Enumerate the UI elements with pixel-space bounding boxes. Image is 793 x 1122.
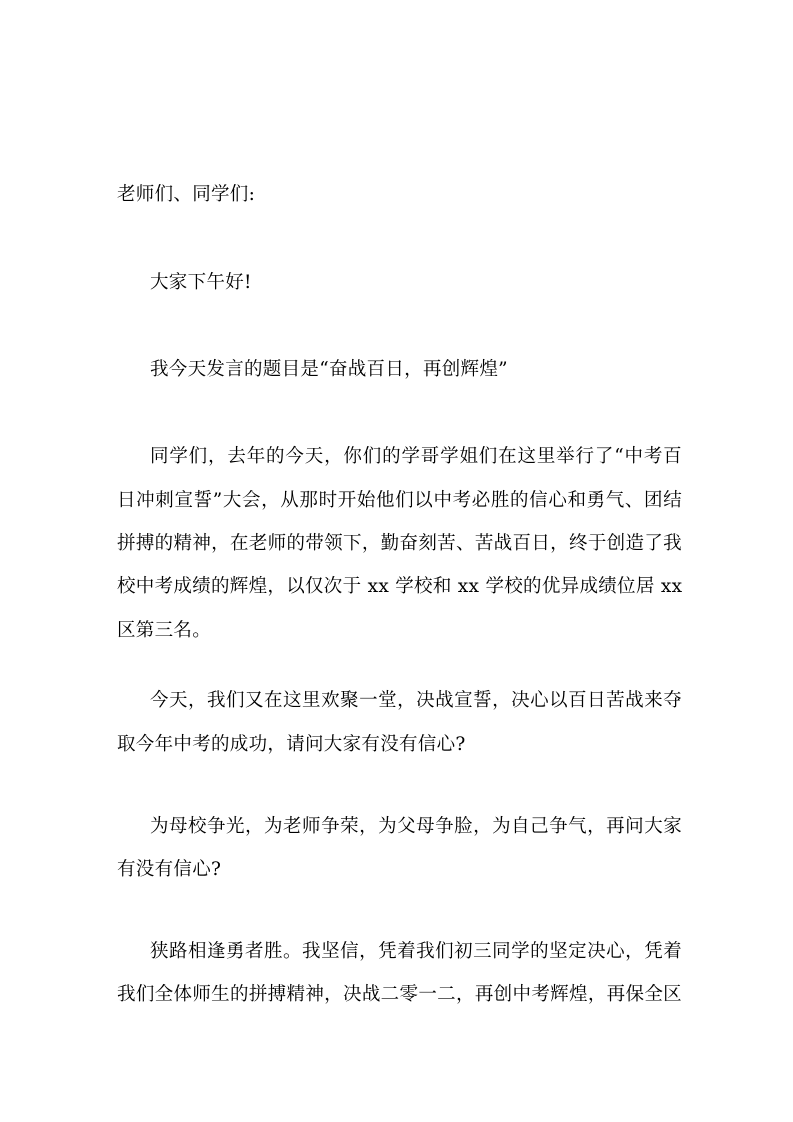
paragraph-3-line-1: 同学们，去年的今天，你们的学哥学姐们在这里举行了“中考百 bbox=[150, 445, 682, 469]
greeting-line: 老师们、同学们: bbox=[117, 183, 682, 207]
paragraph-3-line-2: 日冲刺宣誓”大会，从那时开始他们以中考必胜的信心和勇气、团结 bbox=[117, 489, 682, 513]
paragraph-5-line-2: 有没有信心? bbox=[117, 858, 682, 882]
paragraph-2-line-1: 我今天发言的题目是“奋战百日，再创辉煌” bbox=[150, 358, 682, 382]
paragraph-4-line-2: 取今年中考的成功，请问大家有没有信心? bbox=[117, 733, 682, 757]
paragraph-6-line-2: 我们全体师生的拼搏精神，决战二零一二，再创中考辉煌，再保全区 bbox=[117, 983, 682, 1007]
paragraph-5-line-1: 为母校争光，为老师争荣，为父母争脸，为自己争气，再问大家 bbox=[150, 815, 682, 839]
paragraph-3-line-3: 拼搏的精神，在老师的带领下，勤奋刻苦、苦战百日，终于创造了我 bbox=[117, 532, 682, 556]
paragraph-1-line-1: 大家下午好! bbox=[150, 271, 682, 295]
paragraph-4-line-1: 今天，我们又在这里欢聚一堂，决战宣誓，决心以百日苦战来夺 bbox=[150, 689, 682, 713]
paragraph-3-line-4: 校中考成绩的辉煌，以仅次于 xx 学校和 xx 学校的优异成绩位居 xx bbox=[117, 575, 682, 599]
paragraph-6-line-1: 狭路相逢勇者胜。我坚信，凭着我们初三同学的坚定决心，凭着 bbox=[150, 940, 682, 964]
document-page: 老师们、同学们: 大家下午好! 我今天发言的题目是“奋战百日，再创辉煌” 同学们… bbox=[0, 0, 793, 1122]
paragraph-3-line-5: 区第三名。 bbox=[117, 619, 682, 643]
